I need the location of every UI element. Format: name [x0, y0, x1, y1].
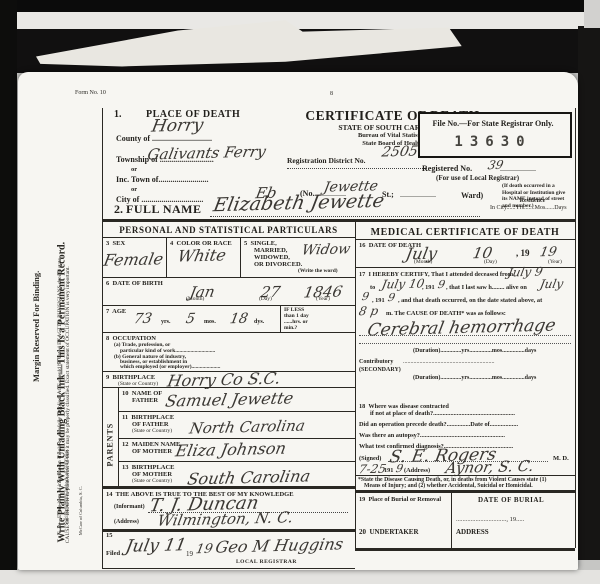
form-right-border [575, 108, 576, 548]
hour-handwriting: 8 p [358, 304, 380, 318]
field18-q3: Was there an autopsy?...................… [359, 432, 505, 439]
informant-label: (Informant) [114, 504, 145, 510]
field8-text: OCCUPATION [113, 335, 156, 342]
field5-l3: WIDOWED, [254, 254, 290, 261]
ward-label: Ward) [461, 191, 483, 200]
cell-divider-3-4 [166, 237, 167, 277]
margin-printer-note: McCaw of Columbia, S. C. [78, 455, 85, 535]
certify-line3-text: , and that death occurred, on the date s… [398, 297, 542, 304]
date-of-burial-dots: ..............................., 19..... [456, 516, 524, 523]
certificate-page: Margin Reserved For Binding. Write Plain… [18, 72, 578, 570]
race-value-handwriting: White [176, 245, 228, 265]
field3-text: SEX [113, 240, 126, 247]
row13-bottom-rule [102, 486, 355, 489]
dob-day-sub: (Day) [259, 296, 272, 302]
row15-bottom-rule [102, 568, 355, 569]
field13-l1: BIRTHPLACE [132, 464, 175, 471]
field3-num: 3 [106, 240, 109, 247]
field6-label: 6 DATE OF BIRTH [106, 280, 163, 287]
death-day-sub: (Day) [484, 259, 497, 265]
or-label-1: or [131, 166, 137, 173]
filed-year-printed: 19 [186, 550, 193, 558]
field12-l2: OF MOTHER [132, 448, 172, 455]
field20-label: 20 UNDERTAKER [359, 528, 419, 536]
mother-name-handwriting: Eliza Johnson [174, 439, 288, 461]
row5-bottom-rule [102, 277, 355, 278]
field5-l4: OR DIVORCED. [254, 261, 302, 268]
field5-note: (Write the word) [298, 268, 338, 274]
death-year-handwriting: 19 [539, 245, 558, 260]
scan-right-top-gray [584, 0, 600, 28]
signed-year-handwriting: 9 [395, 462, 404, 475]
field19-label: 19 Place of Burial or Removal [359, 496, 441, 503]
field10-label: 10 NAME OF [122, 390, 162, 397]
field5-num: 5 [244, 240, 247, 247]
file-number-box: File No.—For State Registrar Only. 13630 [418, 112, 572, 158]
form-number: Form No. 10 [75, 90, 106, 96]
age-ifless-divider [280, 305, 281, 332]
field12-l1: MAIDEN NAME [132, 441, 181, 448]
last-saw-month-handwriting: July [539, 277, 565, 292]
field13-sub: (State or Country) [132, 478, 172, 484]
registrar-signature-handwriting: Geo M Huggins [214, 534, 345, 556]
age-dys-label: dys. [254, 319, 264, 325]
field12-label: 12 MAIDEN NAME [122, 441, 180, 448]
footnote-bottom-rule [355, 490, 575, 493]
row6-bottom-rule [102, 305, 355, 306]
dob-month-sub: (Month) [186, 296, 204, 302]
st-dots: .................. [400, 190, 436, 199]
cell-divider-4-5 [240, 237, 241, 277]
footnote-line2: Means of Injury; and (2) whether Acciden… [364, 483, 533, 489]
field16-num: 16 [359, 242, 366, 249]
field10-l2: FATHER [132, 397, 158, 404]
burial-cell-divider [451, 490, 452, 548]
filed-label: Filed [106, 550, 120, 557]
death-month-sub: (Month) [414, 259, 432, 265]
field1-number: 1. [114, 109, 122, 120]
attended-from-handwriting: July 9 [507, 265, 544, 280]
informant-address-label: (Address) [114, 519, 139, 525]
year1-handwriting: 9 [437, 278, 446, 291]
q1a-text: Where was disease contracted [368, 403, 449, 410]
year2-handwriting: 9 [387, 291, 396, 304]
secondary-label: (SECONDARY) [359, 367, 401, 373]
last-saw-day-handwriting: 9 [361, 290, 370, 303]
township-value-handwriting: Galivants Ferry [146, 142, 267, 163]
field8-label: 8 OCCUPATION [106, 335, 156, 342]
date-of-burial-label: DATE OF BURIAL [478, 496, 544, 504]
field2-number: 2. [114, 202, 123, 216]
form-column-divider [355, 220, 356, 548]
field11-num: 11 [122, 414, 128, 421]
certify-line2-saw: , that I last saw h........ alive on [446, 284, 527, 291]
age-yrs-label: yrs. [161, 319, 171, 325]
informant-address-handwriting: Wilmington, N. C. [156, 508, 295, 530]
field9-num: 9 [106, 374, 109, 381]
field2-number-label: 2. FULL NAME [114, 202, 202, 217]
scanned-death-certificate: Margin Reserved For Binding. Write Plain… [0, 0, 600, 584]
field11-label: 11 BIRTHPLACE [122, 414, 174, 421]
field5-l2: MARRIED, [254, 247, 287, 254]
signed-year-printed: 191 [384, 467, 393, 474]
parents-label: PARENTS [106, 407, 115, 467]
age-mos-label: mos. [204, 319, 216, 325]
field7-num: 7 [106, 308, 109, 315]
form-bottom-rule [355, 548, 575, 551]
duration1-line: (Duration)..............yrs.............… [413, 348, 536, 354]
row10-bottom-rule [118, 411, 355, 412]
sex-value-handwriting: Female [102, 249, 165, 270]
father-name-handwriting: Samuel Jewette [164, 388, 295, 410]
duration2-line: (Duration)..............yrs.............… [413, 375, 536, 381]
field10-l1: NAME OF [132, 390, 163, 397]
registered-no-label: Registered No. [422, 164, 472, 173]
undertaker-address-label: ADDRESS [456, 528, 489, 536]
death-year-printed: , 19 [516, 248, 530, 258]
inc-town-label: Inc. Town of......................... [116, 175, 208, 184]
registration-district-value: 2505 [380, 144, 419, 161]
personal-section-header: PERSONAL AND STATISTICAL PARTICULARS [102, 225, 355, 235]
field11-sub: (State or Country) [132, 428, 172, 434]
field5-l1: SINGLE, [251, 240, 277, 247]
certify-line2-to: to [370, 284, 375, 291]
medical-section-header: MEDICAL CERTIFICATE OF DEATH [355, 227, 575, 238]
file-box-title: File No.—For State Registrar Only. [420, 119, 566, 128]
physician-address-label: (Address) [404, 467, 430, 474]
cause-rule-2 [359, 343, 571, 344]
residence-line: In City......Yrs.......Mos......Days [490, 205, 575, 211]
field18-q2: Did an operation precede death?.........… [359, 421, 518, 428]
field13-label: 13 BIRTHPLACE [122, 464, 175, 471]
contributory-label: Contributory [359, 359, 393, 365]
certify-line4-text: m. The CAUSE OF DEATH* was as follows: [386, 310, 506, 317]
scan-left-binding-strip [0, 0, 17, 572]
field18-q1a: 18 Where was disease contracted [359, 403, 449, 410]
local-registrar-note: (For use of Local Registrar) [436, 174, 519, 182]
row12-bottom-rule [118, 461, 355, 462]
full-name-handwriting: Elizabeth Jewette [212, 190, 387, 216]
field17-line1: 17 I HEREBY CERTIFY, That I attended dec… [359, 271, 513, 278]
md-label: M. D. [553, 455, 569, 462]
field19-num: 19 [359, 496, 365, 503]
row11-bottom-rule [118, 438, 355, 439]
filed-year-handwriting: 19 [195, 542, 214, 557]
name-section-divider [102, 219, 575, 222]
field13-num: 13 [122, 464, 129, 471]
field7-text: AGE [112, 308, 126, 315]
registration-district-rule [287, 168, 427, 169]
contributory-dots: ........................................… [403, 359, 495, 365]
attended-to-handwriting: July 10 [381, 276, 426, 291]
scan-top-black-band [16, 0, 588, 12]
medical-header-rule [355, 239, 575, 240]
filed-date-handwriting: July 11 [124, 535, 188, 557]
full-name-rule [210, 216, 480, 217]
scan-top-light-band [16, 12, 600, 29]
field20-num: 20 [359, 528, 366, 536]
or-label-2: or [131, 186, 137, 193]
cause-of-death-handwriting: Cerebral hemorrhage [366, 316, 558, 341]
field7-label: 7 AGE [106, 308, 126, 315]
field9-text: BIRTHPLACE [113, 374, 156, 381]
cause-rule-1 [359, 335, 571, 336]
field18-q1b: if not at place of death?...............… [370, 410, 515, 417]
field13-l2: OF MOTHER [132, 471, 172, 478]
local-registrar-label: LOCAL REGISTRAR [236, 559, 297, 565]
registration-district-label: Registration District No. [287, 156, 366, 165]
field8-num: 8 [106, 335, 109, 342]
age-years-handwriting: 73 [132, 311, 153, 327]
age-months-handwriting: 5 [184, 311, 196, 327]
row7-bottom-rule [102, 332, 355, 333]
field18-num: 18 [359, 403, 365, 410]
county-value-handwriting: Horry [150, 115, 205, 136]
page-mark: 8 [330, 91, 333, 97]
age-ifless-note: IF LESSthan 1 day......hrs. ormin.? [284, 307, 350, 331]
registered-no-dots: .................. [500, 164, 536, 173]
field17-num: 17 [359, 271, 365, 278]
margin-nb-note-3: See instructions on back of certificate. [65, 415, 72, 525]
field11-l2: OF FATHER [132, 421, 169, 428]
field6-text: DATE OF BIRTH [113, 280, 163, 287]
ifless-4: min.? [284, 325, 297, 331]
dob-year-sub: (Year) [316, 296, 330, 302]
death-year-sub: (Year) [548, 259, 562, 265]
field4-num: 4 [170, 240, 173, 247]
residence-label: Residence [490, 198, 575, 204]
field15-number: 15 [106, 532, 113, 539]
margin-nb-note-1: N. B.—Every item of information should b… [57, 135, 64, 535]
personal-header-rule [102, 237, 355, 238]
field14-num: 14 [106, 491, 113, 498]
form-left-border [102, 108, 103, 569]
field20-text: UNDERTAKER [370, 528, 419, 536]
field10-num: 10 [122, 390, 129, 397]
age-days-handwriting: 18 [228, 311, 249, 327]
file-number-stamp: 13630 [420, 134, 566, 150]
field11-l1: BIRTHPLACE [131, 414, 174, 421]
field6-num: 6 [106, 280, 109, 287]
scan-bottom-gray [0, 570, 600, 584]
margin-binding-note: Margin Reserved For Binding. [31, 222, 41, 382]
father-birthplace-handwriting: North Carolina [188, 417, 307, 438]
field12-num: 12 [122, 441, 129, 448]
field19-text: Place of Burial or Removal [368, 496, 441, 503]
marital-value-handwriting: Widow [300, 241, 351, 258]
footnote-top-rule [355, 475, 575, 476]
row14-bottom-rule [102, 529, 355, 532]
field2-label: FULL NAME [126, 202, 202, 216]
row9-bottom-rule [102, 387, 355, 388]
scan-right-book-edge [578, 26, 600, 560]
field3-label: 3 SEX [106, 240, 125, 247]
field9-label: 9 BIRTHPLACE [106, 374, 155, 381]
certify-line2-year: , 191 [422, 284, 435, 291]
